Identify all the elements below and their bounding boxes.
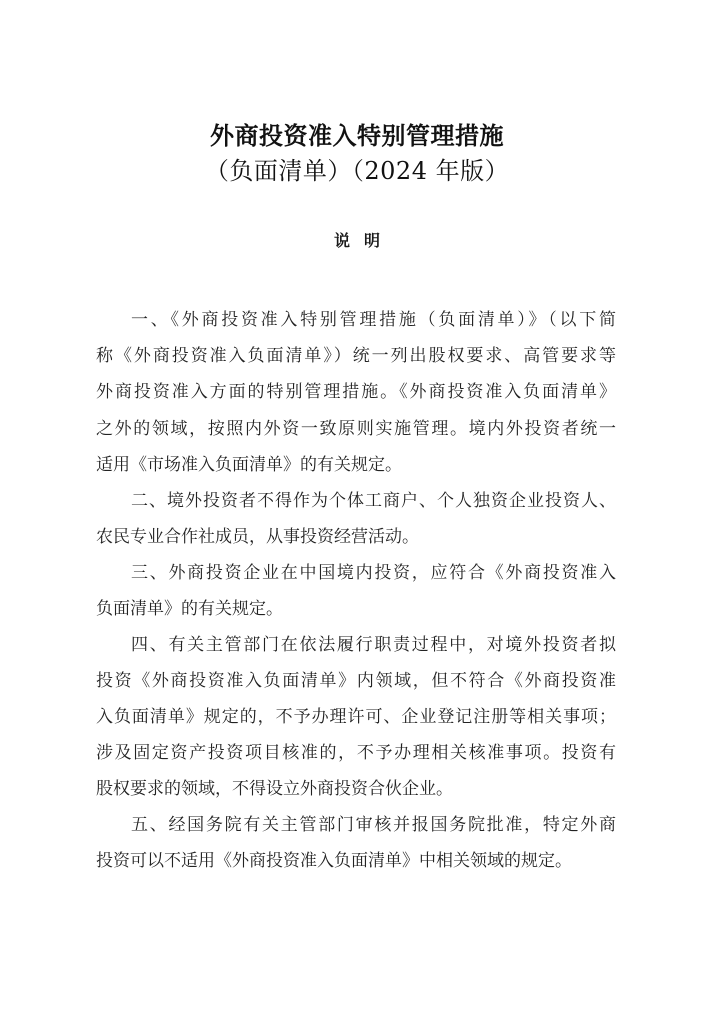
- text-line: 投资可以不适用《外商投资准入负面清单》中相关领域的规定。: [96, 850, 616, 872]
- text-line: 五、经国务院有关主管部门审核并报国务院批准，特定外商: [131, 814, 616, 836]
- text-line: 入负面清单》规定的，不予办理许可、企业登记注册等相关事项；: [96, 706, 616, 728]
- text-line: 投资《外商投资准入负面清单》内领域，但不符合《外商投资准: [96, 670, 616, 692]
- text-line: 负面清单》的有关规定。: [96, 598, 616, 620]
- section-heading: 说明: [0, 228, 714, 251]
- text-line: 一、《外商投资准入特别管理措施（负面清单）》（以下简: [131, 309, 616, 331]
- text-line: 外商投资准入方面的特别管理措施。《外商投资准入负面清单》: [96, 381, 616, 403]
- document-subtitle: （负面清单）（2024 年版）: [0, 155, 714, 187]
- text-line: 农民专业合作社成员，从事投资经营活动。: [96, 526, 616, 548]
- document-title: 外商投资准入特别管理措施: [0, 120, 714, 152]
- text-line: 适用《市场准入负面清单》的有关规定。: [96, 454, 616, 476]
- text-line: 三、外商投资企业在中国境内投资，应符合《外商投资准入: [131, 562, 616, 584]
- text-line: 之外的领域，按照内外资一致原则实施管理。境内外投资者统一: [96, 418, 616, 440]
- text-line: 股权要求的领域，不得设立外商投资合伙企业。: [96, 778, 616, 800]
- text-line: 二、境外投资者不得作为个体工商户、个人独资企业投资人、: [131, 490, 616, 512]
- text-line: 四、有关主管部门在依法履行职责过程中，对境外投资者拟: [131, 634, 616, 656]
- text-line: 称《外商投资准入负面清单》）统一列出股权要求、高管要求等: [96, 345, 616, 367]
- text-line: 涉及固定资产投资项目核准的，不予办理相关核准事项。投资有: [96, 742, 616, 764]
